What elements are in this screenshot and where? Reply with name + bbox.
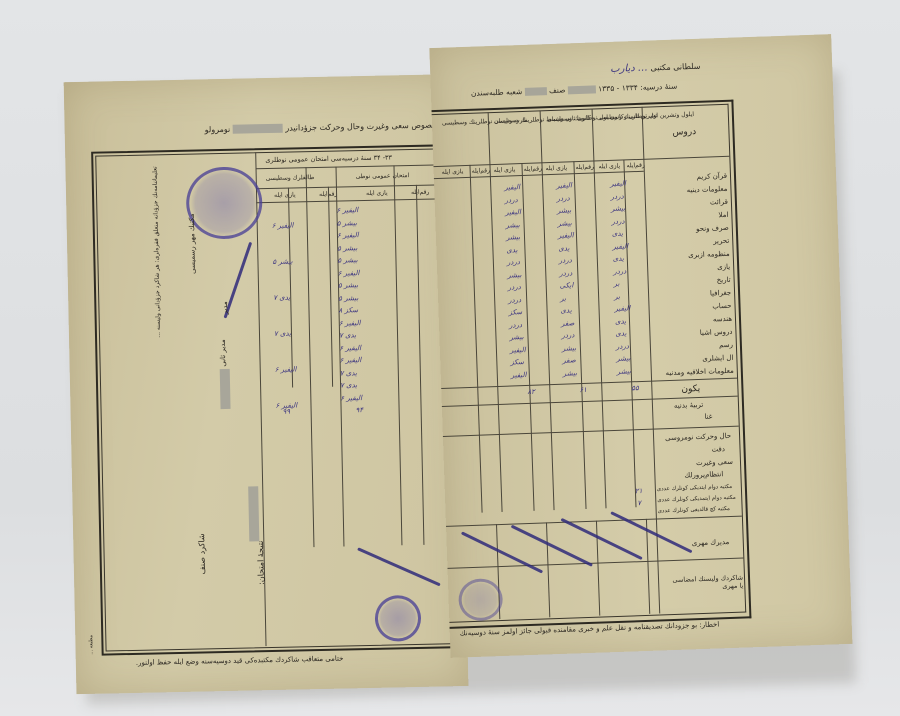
redacted-name bbox=[233, 124, 283, 134]
seal-label: مکتبك مهر رسمیسی bbox=[188, 213, 197, 274]
physical-education-label: تربیهٔ بدنیه bbox=[674, 401, 704, 410]
exam-grade-values: ۶ الیفیر ۵ بیشر ۶ الیفیر ۵ بیشر ۵ بیشر ۶… bbox=[336, 202, 445, 404]
exam-total: ۹۴ bbox=[356, 406, 364, 414]
subject-item: قرائت bbox=[650, 198, 728, 209]
p1-words-label: یازی ایله bbox=[598, 163, 620, 171]
subject-item: هندسه bbox=[654, 315, 732, 326]
redacted-section bbox=[525, 87, 547, 96]
right-page: سلطانی مکتبی … دیارب سنهٔ درسیه: ۱۳۳۴ - … bbox=[429, 34, 852, 658]
total-label: یکون bbox=[681, 384, 700, 395]
left-bottom-note: ختامی متعاقب شاکردك مکتبده‌کی قید دوسیه‌… bbox=[136, 655, 344, 667]
period2-total: ۶۱ bbox=[579, 386, 587, 394]
subject-item: منظومه ازبری bbox=[652, 250, 730, 261]
subject-item: قرآن کریم bbox=[649, 172, 727, 183]
exam-sub-words: یازی ایله bbox=[366, 190, 388, 197]
p3-digits-label: رقم‌ایله bbox=[524, 165, 543, 173]
exam-grades-list: ۶ الیفیر ۵ بیشر ۶ الیفیر ۵ بیشر ۵ بیشر ۶… bbox=[336, 202, 445, 404]
subjects-header: دروس bbox=[672, 127, 696, 138]
conduct-discipline: انتظام‌پرورلك bbox=[684, 470, 723, 479]
subject-item: حساب bbox=[653, 302, 731, 313]
average-grades-list: ۶ الیفیر ۵ بیشر ۷ یدی ۷ یدی ۶ الیفیر ۶ ا… bbox=[271, 207, 297, 423]
printer-mark: مطبعه ... bbox=[88, 635, 94, 655]
conduct-effort: سعی وغیرت bbox=[696, 458, 733, 467]
subject-item: یازی bbox=[652, 263, 730, 274]
period3-total: ۸۲ bbox=[527, 388, 535, 396]
absence-value: ۷ bbox=[637, 499, 641, 507]
student-line-left: افندی‌یه خصوص سعی وغیرت وحال وحرکت جزؤدا… bbox=[205, 120, 465, 134]
average-column-title: طالقلرك وسطیسی bbox=[266, 174, 315, 182]
p3-words-label: یازی ایله bbox=[494, 166, 516, 174]
left-page: افندی‌یه خصوص سعی وغیرت وحال وحرکت جزؤدا… bbox=[64, 74, 469, 694]
p4-digits-label: رقم‌ایله bbox=[472, 167, 491, 175]
music-label: غنا bbox=[704, 413, 712, 421]
school-year-line: سنهٔ درسیه: ۱۳۳۴ - ۱۳۳۵ صنف شعبه طلبه‌سن… bbox=[471, 82, 678, 98]
subject-item: تاریخ bbox=[653, 276, 731, 287]
attendance-value: ۲۱ bbox=[635, 487, 643, 495]
class-label: صنف bbox=[549, 85, 566, 95]
subject-item: دروس اشیا bbox=[654, 328, 732, 339]
subject-item: املا bbox=[650, 211, 728, 222]
subject-item: ال ایشلری bbox=[655, 354, 733, 365]
p1-digits-label: رقم‌ایله bbox=[626, 162, 645, 170]
period1-total: ۵۵ bbox=[631, 384, 639, 392]
conduct-attention: دقت bbox=[711, 445, 725, 453]
average-total: ۹۹ bbox=[283, 408, 291, 416]
p2-digits-label: رقم‌ایله bbox=[575, 164, 594, 172]
subject-item: معلومات دینیه bbox=[649, 185, 727, 196]
director-seal-label: مدیرك مهری bbox=[692, 538, 730, 547]
guardian-seal-label: شاکردك ولیسنك امضاسی یا مهری bbox=[668, 574, 744, 593]
section-label: شعبه طلبه‌سندن bbox=[471, 87, 523, 98]
exam-column-title: امتحان عمومی نوطی bbox=[356, 172, 410, 180]
p4-words-label: یازی ایله bbox=[442, 168, 464, 176]
p2-words-label: یازی ایله bbox=[546, 164, 568, 172]
subject-item: رسم bbox=[655, 341, 733, 352]
redacted-block bbox=[220, 369, 231, 409]
exam-sub-digits: رقم‌ایله bbox=[411, 189, 429, 196]
subjects-list: قرآن کریم معلومات دینیه قرائت املا صرف و… bbox=[649, 172, 734, 378]
avg-sub-words: یازی ایله bbox=[274, 191, 296, 198]
school-year-value: ۱۳۳۴ - ۱۳۳۵ bbox=[598, 83, 638, 93]
subject-item: تحریر bbox=[651, 237, 729, 248]
student-class-label: شاکرد صنف bbox=[197, 533, 207, 574]
second-director-label: مدیر ثانی bbox=[219, 339, 228, 366]
redacted-class bbox=[568, 85, 596, 94]
school-name-printed: سلطانی مکتبی bbox=[650, 62, 700, 73]
director-label: مدیر bbox=[221, 301, 229, 314]
exam-result-label: نتیجهٔ امتحان: bbox=[256, 541, 266, 585]
subject-item: صرف ونحو bbox=[651, 224, 729, 235]
school-name-line: سلطانی مکتبی … دیارب bbox=[610, 61, 701, 75]
student-prefix-text: نومرولو bbox=[205, 125, 231, 135]
school-year-label: سنهٔ درسیه: bbox=[640, 82, 677, 92]
subject-item: جغرافیا bbox=[653, 289, 731, 300]
redacted-block-2 bbox=[248, 486, 259, 541]
school-name-handwritten: … دیارب bbox=[610, 63, 648, 75]
average-grade-values: ۶ الیفیر ۵ بیشر ۷ یدی ۷ یدی ۶ الیفیر ۶ ا… bbox=[271, 207, 297, 423]
